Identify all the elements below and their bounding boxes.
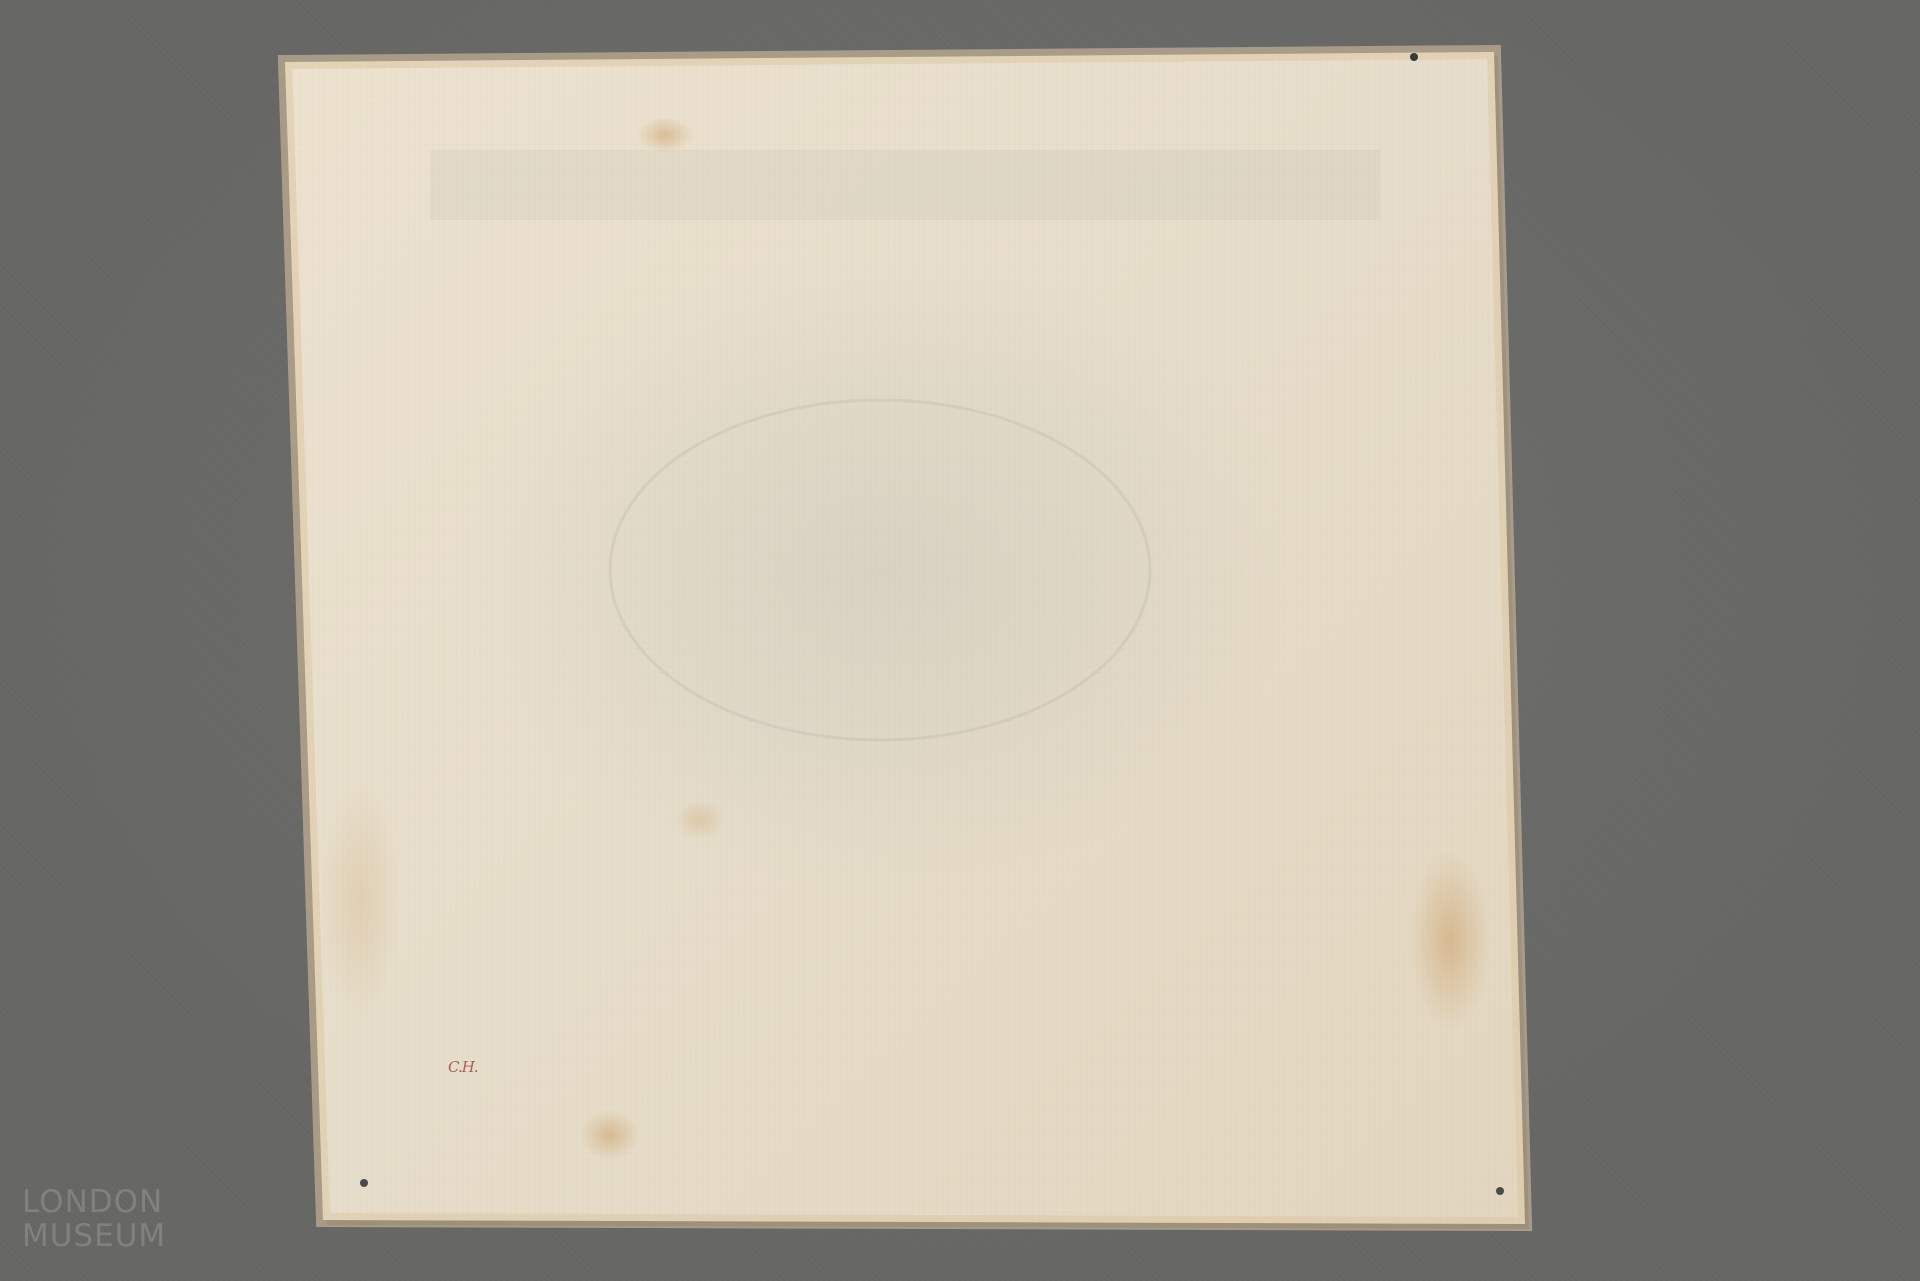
embroidered-monogram: C.H. bbox=[448, 1058, 478, 1076]
london-museum-watermark: LONDON MUSEUM bbox=[22, 1185, 166, 1253]
watermark-line2: MUSEUM bbox=[22, 1219, 166, 1253]
watermark-line1: LONDON bbox=[22, 1185, 166, 1219]
handkerchief: C.H. bbox=[0, 0, 1920, 1281]
handkerchief-shape bbox=[0, 0, 1920, 1281]
